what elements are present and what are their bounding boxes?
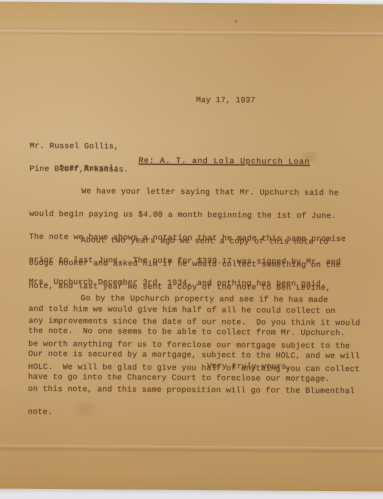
letter-line: Judge Hooker and asked him if he would c… <box>29 260 359 270</box>
letter-line: on this note, and this same proposition … <box>28 386 358 396</box>
paragraph-3: Go by the Upchurch property and see if h… <box>28 280 359 434</box>
scanned-letter-page: May 17, 1937 Mr. Russel Gollis, Pine Blu… <box>0 0 383 499</box>
letter-line: We have your letter saying that Mr. Upch… <box>29 188 359 198</box>
letter-line: note. <box>28 409 358 419</box>
paper-fold-crease-bottom <box>0 445 383 455</box>
letter-line: Go by the Upchurch property and see if h… <box>29 295 359 305</box>
letter-line: HOLC. We will be glad to give you half o… <box>28 363 358 373</box>
letter-line: any improvements since the date of our n… <box>28 318 358 328</box>
letter-line: About two years ago we sent a copy of th… <box>29 237 359 247</box>
letter-line: be worth anything for us to foreclose ou… <box>28 341 358 351</box>
letter-line: would begin paying us $4.00 a month begi… <box>29 211 359 221</box>
subject-line: Re: A. T. and Lola Upchurch Loan <box>139 158 310 167</box>
letter-date: May 17, 1937 <box>196 97 255 105</box>
paper-fold-crease-top <box>0 28 383 38</box>
letter-paper: May 17, 1937 Mr. Russel Gollis, Pine Blu… <box>0 2 383 492</box>
salutation: Dear Russel: <box>59 164 118 173</box>
paper-stain-spot <box>234 19 239 23</box>
recipient-name: Mr. Russel Gollis, <box>30 143 129 151</box>
closing-valediction: Very truly yours, <box>207 363 291 371</box>
